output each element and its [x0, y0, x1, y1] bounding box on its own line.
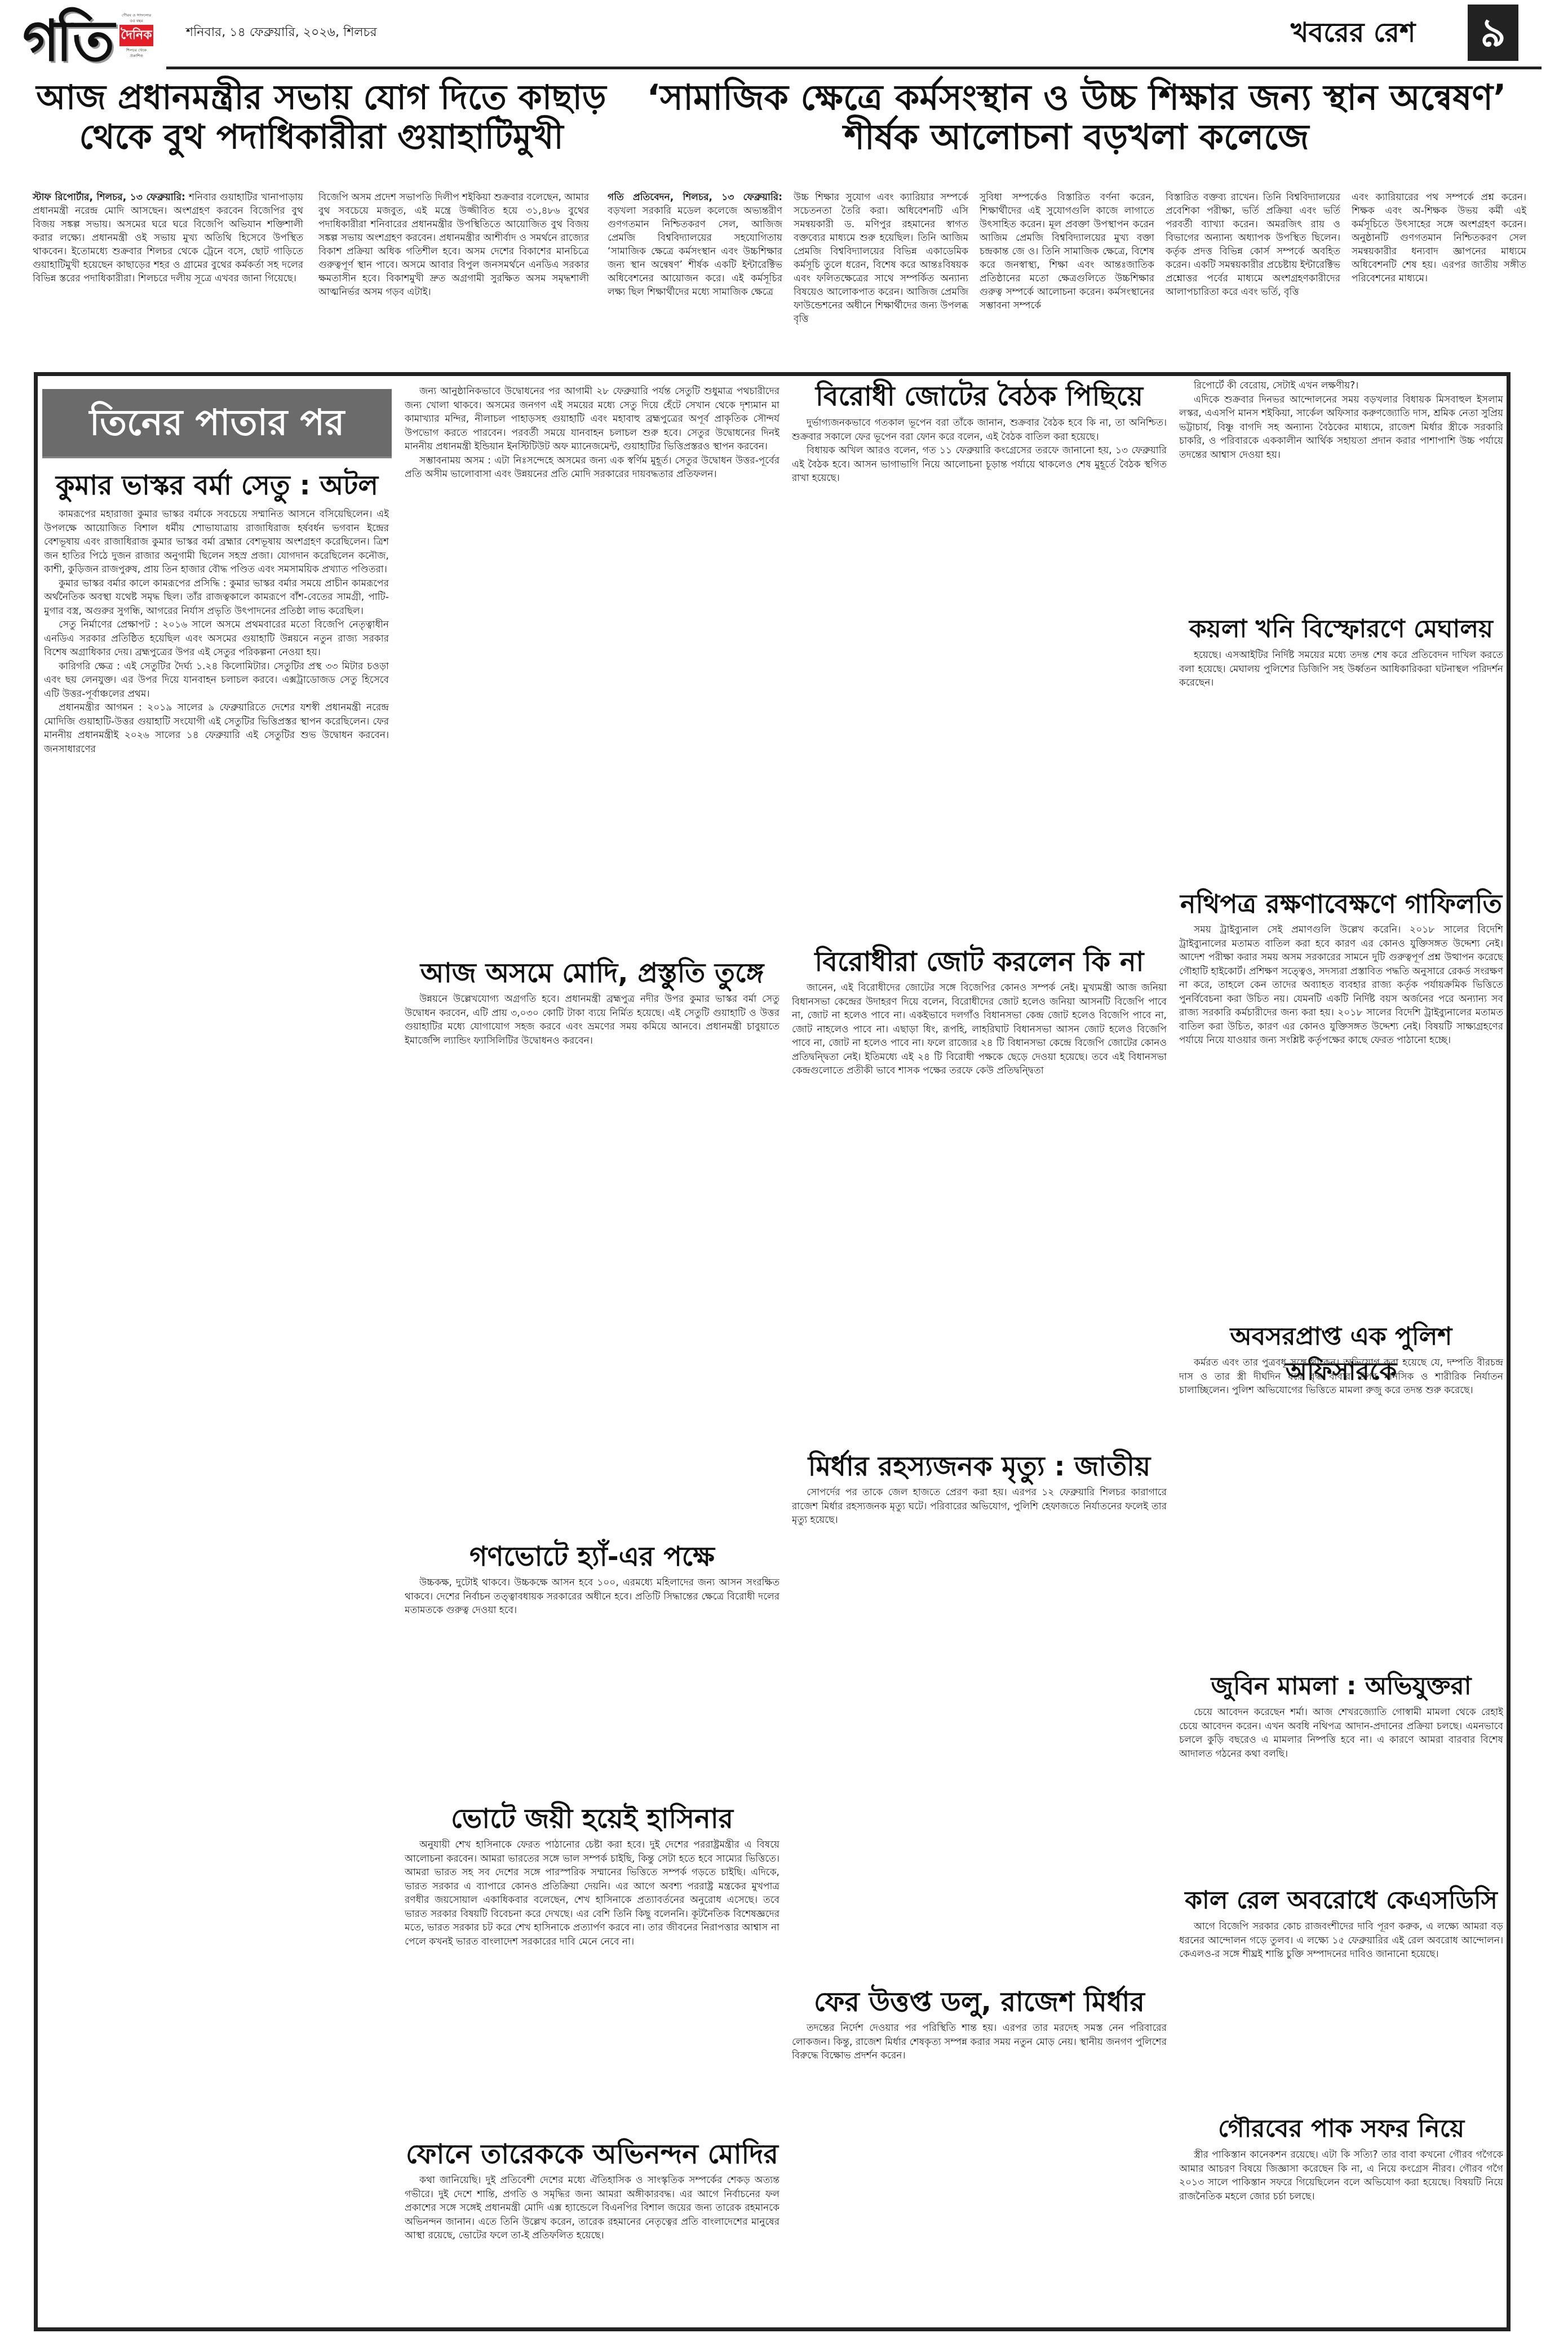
story-rajesh-continued: রিপোর্টে কী বেরোয়, সেটাই এখন লক্ষণীয়?।… — [1179, 379, 1503, 604]
headline-barkhola-college: ‘সামাজিক ক্ষেত্রে কর্মসংস্থান ও উচ্চ শিক… — [614, 78, 1539, 157]
story-college-col2: উচ্চ শিক্ষার সুযোগ এবং ক্যারিয়ার সম্পর্… — [794, 191, 968, 360]
story-hasina: অনুযায়ী শেখ হাসিনাকে ফেরত পাঠানোর চেষ্ট… — [405, 1838, 779, 2131]
badge-bottom-text: শিলচর থেকে প্রকাশিত — [119, 47, 153, 59]
anniversary-badge: গৌরব ও সাফল্যের ৩৩ বছর দৈনিক শিলচর থেকে … — [119, 12, 153, 69]
section-name: খবরের রেশ — [1291, 12, 1415, 57]
story-zubeen: চেয়ে আবেদন করেছেন শর্মা। আজ শেখরজ্যোতি … — [1179, 1705, 1503, 1880]
headline-ksdc: কাল রেল অবরোধে কেএসডিসি — [1179, 1883, 1503, 1918]
headline-mirdha-death: মির্ধার রহস্যজনক মৃত্যু : জাতীয় — [792, 1449, 1167, 1484]
story-documents: সময় ট্রাইব্যুনাল সেই প্রমাণগুলি উল্লেখ … — [1179, 923, 1503, 1312]
story-pakistan: স্ত্রীর পাকিস্তান কানেকশন রয়েছে। এটা কি… — [1179, 2148, 1503, 2320]
story-bridge: কামরূপের মহারাজা কুমার ভাস্কর বর্মাকে সব… — [44, 507, 389, 2323]
headline-bridge: কুমার ভাস্কর বর্মা সেতু : অটল — [42, 468, 392, 503]
continued-section-label: তিনের পাতার পর — [42, 389, 392, 458]
story-bridge-continued: জন্য আনুষ্ঠানিকভাবে উদ্বোধনের পর আগামী ২… — [405, 385, 779, 948]
story-opposition-alliance: জানেন, এই বিরোধীদের জোটের সঙ্গে বিজেপির … — [792, 981, 1167, 1443]
story-dullu: তদন্তের নির্দেশ দেওয়ার পর পরিস্থিতি শান… — [792, 2021, 1167, 2320]
headline-tarek: ফোনে তারেককে অভিনন্দন মোদির — [405, 2137, 779, 2172]
page-number: ৯ — [1468, 5, 1518, 61]
headline-meghalaya: কয়লা খনি বিস্ফোরণে মেঘালয় — [1179, 612, 1503, 647]
byline: স্টাফ রিপোর্টার, শিলচর, ১৩ ফেব্রুয়ারি: — [33, 192, 185, 203]
headline-opposition-alliance: বিরোধীরা জোট করলেন কি না — [792, 944, 1167, 979]
headline-dullu: ফের উত্তপ্ত ডলু, রাজেশ মির্ধার — [792, 1985, 1167, 2020]
badge-top-text: গৌরব ও সাফল্যের ৩৩ বছর — [119, 12, 153, 24]
headline-hasina: ভোটে জয়ী হয়েই হাসিনার — [405, 1801, 779, 1836]
badge-brand: দৈনিক — [119, 25, 153, 46]
story-mirdha-death: সোপর্দের পর তাকে জেল হাজতে প্রেরণ করা হয… — [792, 1486, 1167, 1976]
headline-documents: নথিপত্র রক্ষণাবেক্ষণে গাফিলতি — [1179, 886, 1503, 921]
headline-pm-rally: আজ প্রধানমন্ত্রীর সভায় যোগ দিতে কাছাড় … — [34, 78, 609, 157]
headline-opposition-meeting: বিরোধী জোটের বৈঠক পিছিয়ে — [792, 379, 1167, 414]
story-meghalaya: হয়েছে। এসআইটির নির্দিষ্ট সময়ের মধ্যে ত… — [1179, 648, 1503, 882]
masthead-rule — [166, 67, 1542, 69]
story-police: কর্মরত এবং তার পুত্রবধূ সঙ্গে থাকেন। অভি… — [1179, 1356, 1503, 1663]
headline-referendum: গণভোটে হ্যাঁ-এর পক্ষে — [405, 1539, 779, 1574]
story-modi-today: উন্নয়নে উল্লেখযোগ্য অগ্রগতি হবে। প্রধান… — [405, 992, 779, 1308]
story-opposition-meeting: দুর্ভাগ্যজনকভাবে গতকাল ভূপেন বরা তাঁকে জ… — [792, 416, 1167, 935]
story-college-col3: সুবিধা সম্পর্কেও বিস্তারিত বর্ণনা করেন, … — [980, 191, 1154, 360]
story-college-col4: বিস্তারিত বক্তব্য রাখেন। তিনি বিশ্ববিদ্য… — [1166, 191, 1340, 360]
headline-pakistan: গৌরবের পাক সফর নিয়ে — [1179, 2111, 1503, 2146]
story-ksdc: আগে বিজেপি সরকার কোচ রাজবংশীদের দাবি পূর… — [1179, 1920, 1503, 2106]
newspaper-logo: গতি — [23, 10, 118, 71]
story-tarek: কথা জানিয়েছি। দুই প্রতিবেশী দেশের মধ্যে… — [405, 2173, 779, 2320]
dateline: শনিবার, ১৪ ফেব্রুয়ারি, ২০২৬, শিলচর — [186, 23, 377, 43]
story-pm-rally-col2: বিজেপি অসম প্রদেশ সভাপতি দিলীপ শইকিয়া শ… — [318, 191, 589, 360]
story-pm-rally-col1: স্টাফ রিপোর্টার, শিলচর, ১৩ ফেব্রুয়ারি: … — [33, 191, 303, 360]
headline-zubeen: জুবিন মামলা : অভিযুক্তরা — [1179, 1669, 1503, 1704]
story-college-col5: এবং ক্যারিয়ারের পথ সম্পর্কে প্রশ্ন করেন… — [1352, 191, 1526, 360]
story-college-col1: গতি প্রতিবেদন, শিলচর, ১৩ ফেব্রুয়ারি: বড… — [608, 191, 782, 360]
story-referendum: উচ্চকক্ষ, দুটোই থাকবে। উচ্চকক্ষে আসন হবে… — [405, 1576, 779, 1796]
headline-modi-today: আজ অসমে মোদি, প্রস্তুতি তুঙ্গে — [405, 956, 779, 991]
